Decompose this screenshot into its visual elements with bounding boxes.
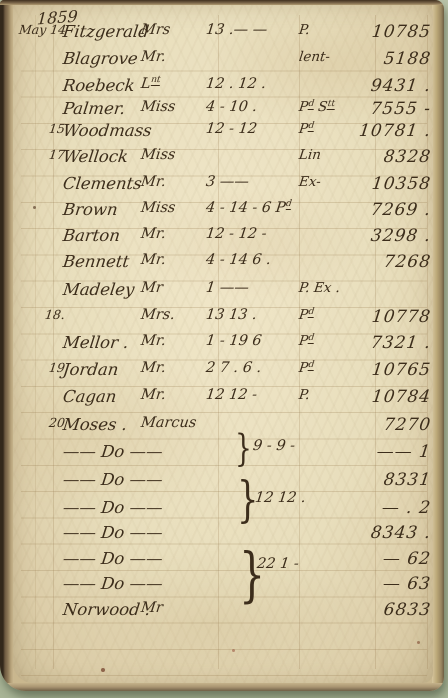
ledger-row: 19 Jordan Mr. 2 7 . 6 . Pd 10765 xyxy=(13,360,433,386)
row-title: Marcus xyxy=(140,415,218,431)
row-name: —— Do —— xyxy=(62,442,214,461)
row-account-number: 7270 xyxy=(334,415,432,435)
group-brace-icon: } xyxy=(235,430,252,466)
row-account-number: 8331 xyxy=(334,470,432,490)
row-amount: 1 - 19 6 xyxy=(205,333,311,349)
row-name: —— Do —— xyxy=(62,470,214,489)
ledger-row: Cagan Mr. 12 12 - P. 10784 xyxy=(13,387,433,413)
ledger-page: 1859 May 14 Fitzgerald Mrs 13 .— — P. 10… xyxy=(13,5,433,683)
ledger-row: —— Do —— —— 1 xyxy=(13,442,433,468)
ledger-row: 17 Wellock Miss Lin 8328 xyxy=(13,147,433,173)
row-account-number: 10784 xyxy=(334,387,432,407)
row-account-number: 10785 xyxy=(334,22,432,42)
row-amount: 12 - 12 - xyxy=(205,226,311,242)
ink-spot xyxy=(101,668,105,672)
row-account-number: — 63 xyxy=(334,574,432,594)
ledger-row: —— Do —— — 62 xyxy=(13,549,433,575)
row-amount: 12 . 12 . xyxy=(205,76,311,92)
ink-spot xyxy=(417,641,420,644)
row-date: May 14 xyxy=(18,22,66,37)
row-date: 18. xyxy=(18,307,66,322)
ledger-row: Clements Mr. 3 —— Ex- 10358 xyxy=(13,174,433,200)
row-account-number: 7269 . xyxy=(334,200,432,220)
row-amount: 13 .— — xyxy=(205,22,311,38)
row-amount: 1 —— xyxy=(205,280,311,296)
ink-spot xyxy=(232,649,235,652)
ledger-row: Blagrove Mr. lent- 5188 xyxy=(13,49,433,75)
ledger-row: —— Do —— — 63 xyxy=(13,574,433,600)
ledger-row: 20 Moses . Marcus 7270 xyxy=(13,415,433,441)
row-account-number: 10781 . xyxy=(334,121,432,141)
row-name: —— Do —— xyxy=(62,549,214,568)
ledger-row: Brown Miss 4 - 14 - 6 Pd 7269 . xyxy=(13,200,433,226)
page-edge-stack-right xyxy=(432,0,444,691)
row-account-number: 8343 . xyxy=(334,523,432,543)
row-title: Mr xyxy=(140,600,218,616)
group-amount: 9 - 9 - xyxy=(252,438,296,454)
row-account-number: 5188 xyxy=(334,49,432,69)
ledger-row: Mellor . Mr. 1 - 19 6 Pd 7321 . xyxy=(13,333,433,359)
row-account-number: 10778 xyxy=(334,307,432,327)
ledger-row: Barton Mr. 12 - 12 - 3298 . xyxy=(13,226,433,252)
row-amount: 2 7 . 6 . xyxy=(205,360,311,376)
row-date: 19 xyxy=(18,360,66,375)
row-name: Woodmass xyxy=(62,121,214,140)
row-name: —— Do —— xyxy=(62,574,214,593)
ledger-row: —— Do —— 8343 . xyxy=(13,523,433,549)
row-amount: 4 - 14 - 6 Pd xyxy=(205,200,311,216)
row-name: —— Do —— xyxy=(62,498,214,517)
ledger-row: —— Do —— — . 2 xyxy=(13,498,433,524)
row-date: 20 xyxy=(18,415,66,430)
row-title: Miss xyxy=(140,147,218,163)
ledger-row: Bennett Mr. 4 - 14 6 . 7268 xyxy=(13,252,433,278)
row-account-number: 7268 xyxy=(334,252,432,272)
group-amount: 12 12 . xyxy=(254,490,307,506)
row-note: P. Ex . xyxy=(298,280,350,296)
ledger-row: 18. Mrs. 13 13 . Pd 10778 xyxy=(13,307,433,333)
row-amount: 13 13 . xyxy=(205,307,311,323)
row-amount: 4 - 14 6 . xyxy=(205,252,311,268)
row-date: 17 xyxy=(18,147,66,162)
row-account-number: — . 2 xyxy=(334,498,432,518)
row-account-number: —— 1 xyxy=(334,442,432,462)
ledger-row: Norwood . Mr 6833 xyxy=(13,600,433,626)
row-title: Mr. xyxy=(140,49,218,65)
row-amount: 4 - 10 . xyxy=(205,99,311,115)
ledger-row: 15 Woodmass 12 - 12 Pd 10781 . xyxy=(13,121,433,147)
row-account-number: — 62 xyxy=(334,549,432,569)
row-account-number: 10358 xyxy=(334,174,432,194)
scanned-ledger-page: 1859 May 14 Fitzgerald Mrs 13 .— — P. 10… xyxy=(0,0,448,698)
book-spine-edge xyxy=(0,0,14,691)
ledger-row: May 14 Fitzgerald Mrs 13 .— — P. 10785 xyxy=(13,22,433,48)
row-amount: 12 - 12 xyxy=(205,121,311,137)
row-account-number: 9431 . xyxy=(334,76,432,96)
ledger-row: Madeley Mr 1 —— P. Ex . xyxy=(13,280,433,306)
book-bottom-edge xyxy=(0,683,444,691)
row-date: 15 xyxy=(18,121,66,136)
row-account-number: 7555 - xyxy=(334,99,432,119)
row-account-number: 3298 . xyxy=(334,226,432,246)
row-name: —— Do —— xyxy=(62,523,214,542)
row-account-number: 8328 xyxy=(334,147,432,167)
ledger-row: —— Do —— 8331 xyxy=(13,470,433,496)
row-account-number: 6833 xyxy=(334,600,432,620)
group-amount: 22 1 - xyxy=(256,556,300,572)
row-amount: 12 12 - xyxy=(205,387,311,403)
row-account-number: 7321 . xyxy=(334,333,432,353)
ledger-book: 1859 May 14 Fitzgerald Mrs 13 .— — P. 10… xyxy=(0,0,444,691)
row-account-number: 10765 xyxy=(334,360,432,380)
row-amount: 3 —— xyxy=(205,174,311,190)
